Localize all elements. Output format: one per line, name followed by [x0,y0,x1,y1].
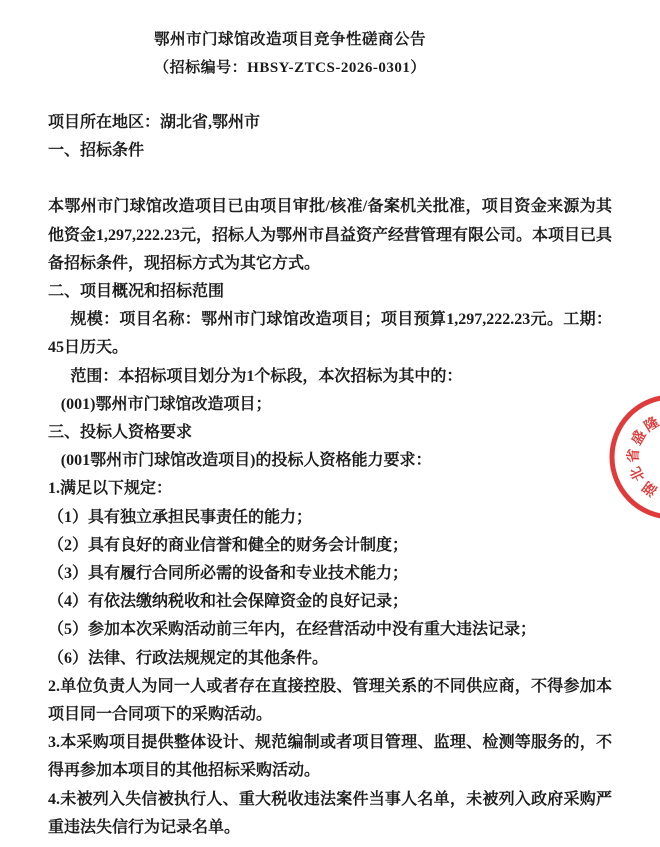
rule-2: 2.单位负责人为同一人或者存在直接控股、管理关系的不同供应商，不得参加本项目同一… [48,673,612,729]
project-scale: 规模：项目名称：鄂州市门球馆改造项目；项目预算1,297,222.23元。工期：… [48,306,612,362]
seal-char: 省 [625,448,642,463]
lot-001: (001)鄂州市门球馆改造项目； [48,391,612,419]
rule-1-item: （6）法律、行政法规规定的其他条件。 [48,645,612,673]
section2-heading: 二、项目概况和招标范围 [48,278,612,306]
seal-char: 湖 [639,478,660,500]
announcement-page: 鄂州市门球馆改造项目竞争性磋商公告 （招标编号：HBSY-ZTCS-2026-0… [0,0,660,847]
rule-3: 3.本采购项目提供整体设计、规范编制或者项目管理、监理、检测等服务的，不得再参加… [48,729,612,785]
section1-heading: 一、招标条件 [48,137,612,165]
rule-1-item: （4）有依法缴纳税收和社会保障资金的良好记录； [48,588,612,616]
section3-heading: 三、投标人资格要求 [48,419,612,447]
rule-1-item: （1）具有独立承担民事责任的能力； [48,504,612,532]
rule-4: 4.未被列入失信被执行人、重大税收违法案件当事人名单，未被列入政府采购严重违法失… [48,786,612,842]
tender-number: （招标编号：HBSY-ZTCS-2026-0301） [48,54,612,82]
seal-ring [612,397,660,517]
rule-1-item: （2）具有良好的商业信誉和健全的财务会计制度； [48,532,612,560]
seal-char: 隆 [641,413,660,435]
rule-1-item: （5）参加本次采购活动前三年内，在经营活动中没有重大违法记录； [48,616,612,644]
seal-char: 北 [628,464,649,484]
project-scope: 范围：本招标项目划分为1个标段，本次招标为其中的： [48,363,612,391]
rule-1-item: （3）具有履行合同所必需的设备和专业技术能力； [48,560,612,588]
section1-body: 本鄂州市门球馆改造项目已由项目审批/核准/备案机关批准，项目资金来源为其他资金1… [48,193,612,278]
seal-char: 盛 [628,427,650,448]
project-location: 项目所在地区：湖北省,鄂州市 [48,109,612,137]
page-title: 鄂州市门球馆改造项目竞争性磋商公告 [48,26,612,54]
qualification-intro: (001鄂州市门球馆改造项目)的投标人资格能力要求： [48,447,612,475]
rule-1: 1.满足以下规定： [48,475,612,503]
